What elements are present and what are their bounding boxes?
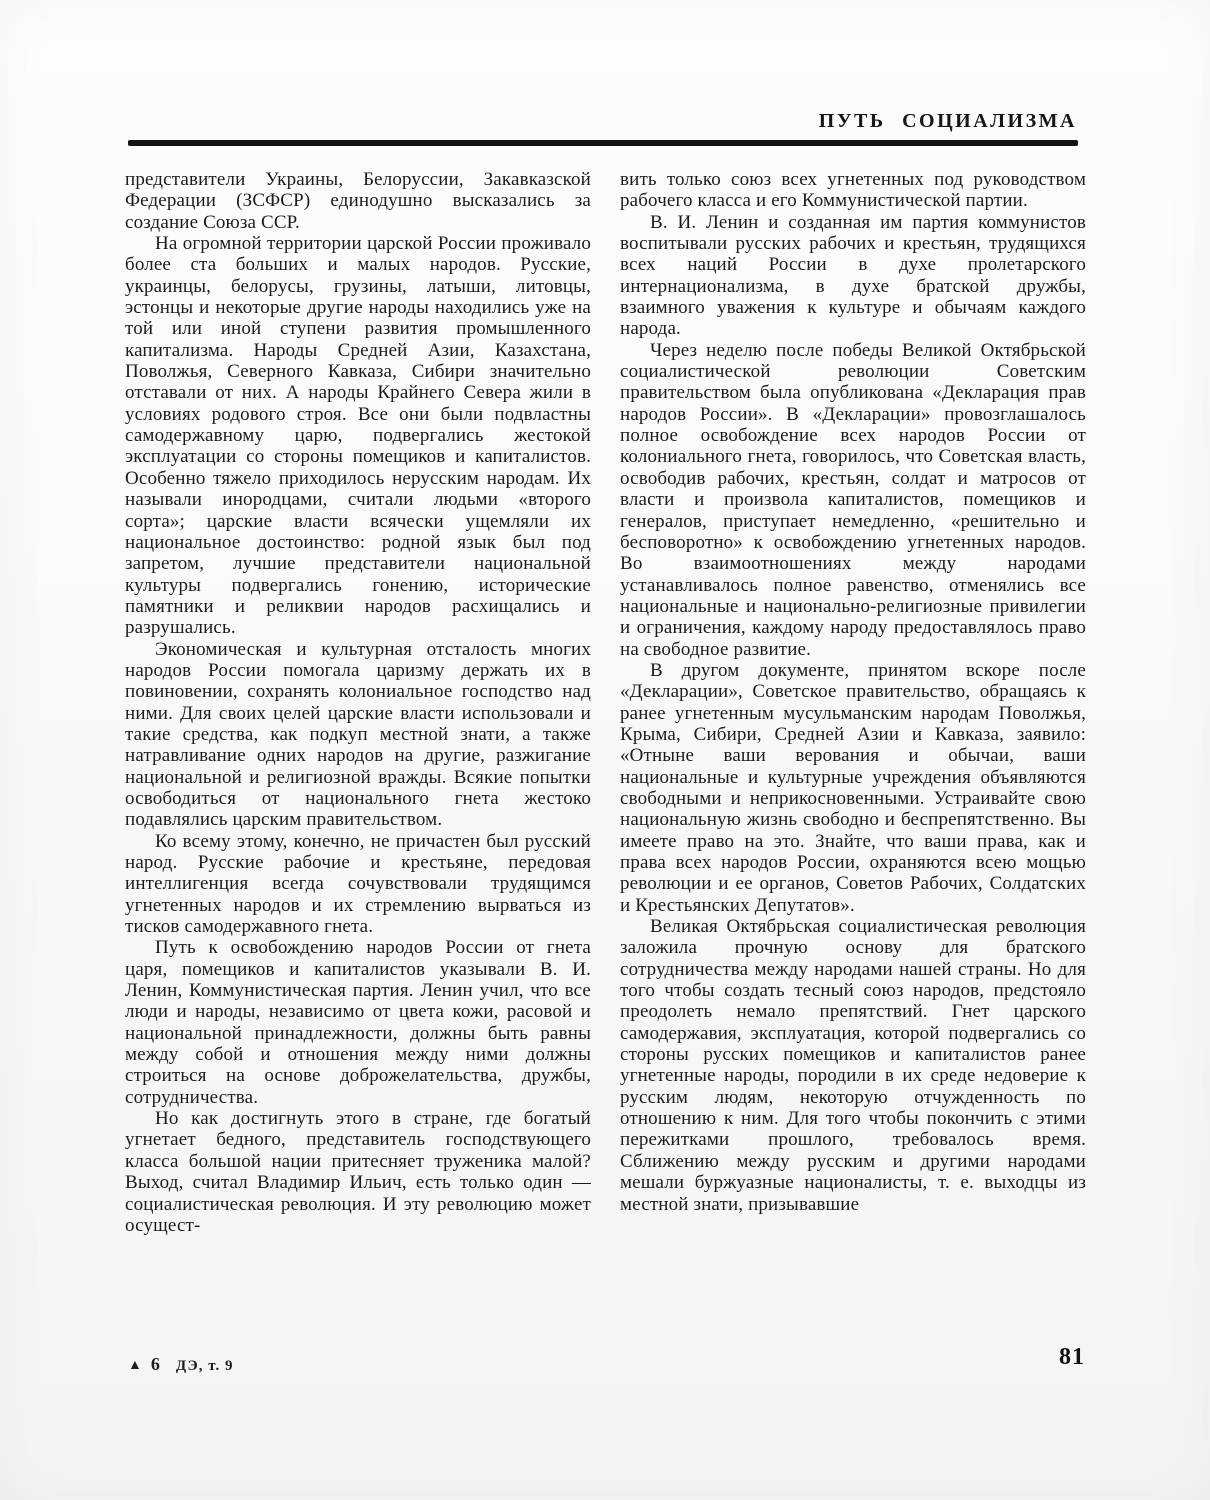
edition-label: ДЭ, т. 9 <box>176 1358 234 1375</box>
book-page: ПУТЬ СОЦИАЛИЗМА представители Украины, Б… <box>0 0 1210 1500</box>
paragraph: Но как достигнуть этого в стране, где бо… <box>125 1108 591 1236</box>
paragraph: В. И. Ленин и созданная им партия коммун… <box>620 212 1086 340</box>
paragraph: Великая Октябрьская социалистическая рев… <box>620 916 1086 1215</box>
paragraph: На огромной территории царской России пр… <box>125 233 591 639</box>
page-number: 81 <box>1059 1344 1085 1371</box>
paragraph: Через неделю после победы Великой Октябр… <box>620 340 1086 660</box>
signature-number: 6 <box>151 1354 160 1375</box>
header-rule <box>128 140 1078 146</box>
print-signature: ▲ 6 ДЭ, т. 9 <box>128 1354 233 1375</box>
paragraph: представители Украины, Белоруссии, Закав… <box>125 169 591 233</box>
paragraph: В другом документе, принятом вскоре посл… <box>620 660 1086 916</box>
paragraph: Ко всему этому, конечно, не причастен бы… <box>125 831 591 938</box>
paragraph: вить только союз всех угнетенных под рук… <box>620 169 1086 212</box>
running-head: ПУТЬ СОЦИАЛИЗМА <box>819 110 1077 133</box>
left-column: представители Украины, Белоруссии, Закав… <box>125 169 591 1343</box>
text-columns: представители Украины, Белоруссии, Закав… <box>125 169 1087 1343</box>
triangle-mark-icon: ▲ <box>128 1358 142 1374</box>
paragraph: Экономическая и культурная отсталость мн… <box>125 639 591 831</box>
paragraph: Путь к освобождению народов России от гн… <box>125 937 591 1108</box>
right-column: вить только союз всех угнетенных под рук… <box>620 169 1086 1343</box>
